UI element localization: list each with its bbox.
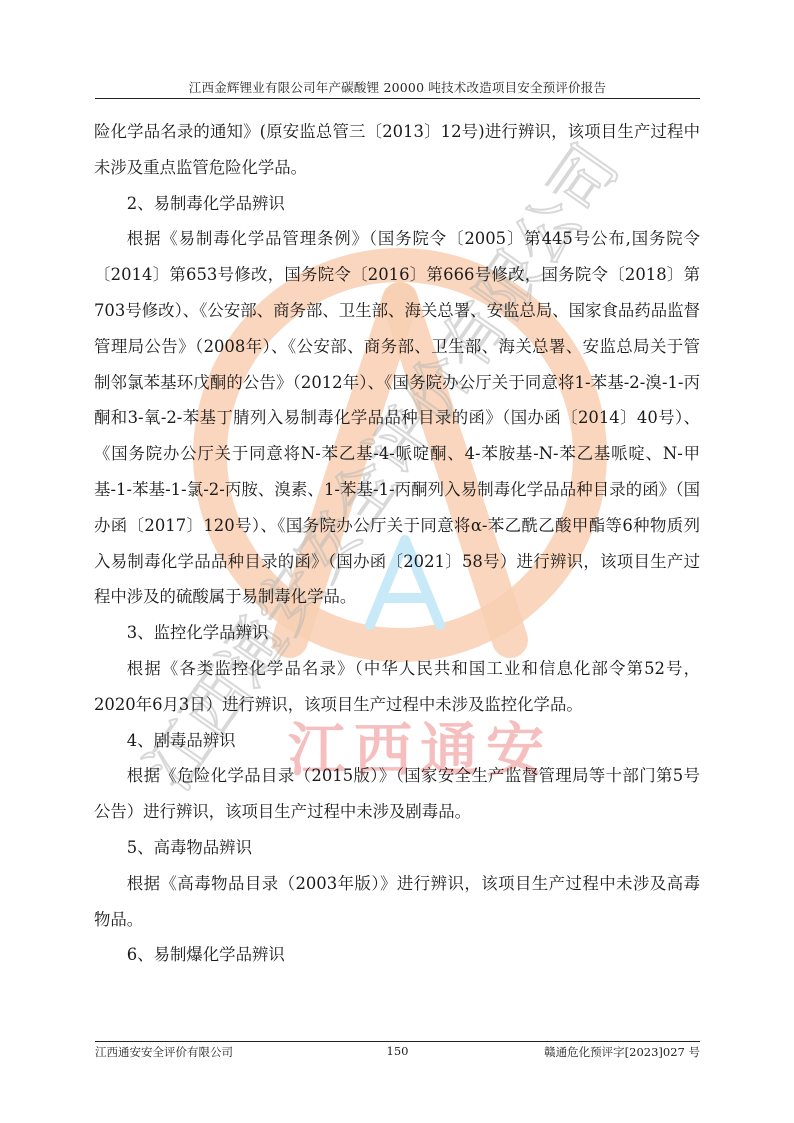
page-number: 150 — [298, 1044, 498, 1060]
page-footer: 江西通安安全评价有限公司 150 赣通危化预评字[2023]027 号 — [95, 1044, 700, 1060]
section-heading-highly-toxic: 4、剧毒品辨识 — [94, 723, 700, 759]
paragraph-continuation: 险化学品名录的通知》(原安监总管三〔2013〕12号)进行辨识，该项目生产过程中… — [94, 114, 700, 186]
page-header-title: 江西金辉锂业有限公司年产碳酸锂 20000 吨技术改造项目安全预评价报告 — [95, 78, 700, 96]
paragraph-highly-toxic: 根据《危险化学品目录（2015版）》（国家安全生产监督管理局等十部门第5号公告）… — [94, 758, 700, 830]
footer-divider — [95, 1041, 700, 1042]
footer-company: 江西通安安全评价有限公司 — [95, 1044, 295, 1060]
header-divider — [95, 98, 700, 99]
paragraph-monitored-chemicals: 根据《各类监控化学品名录》（中华人民共和国工业和信息化部令第52号，2020年6… — [94, 651, 700, 723]
section-heading-monitored-chemicals: 3、监控化学品辨识 — [94, 615, 700, 651]
section-heading-precursor-chemicals: 2、易制毒化学品辨识 — [94, 186, 700, 222]
section-heading-high-toxicity-items: 5、高毒物品辨识 — [94, 830, 700, 866]
footer-doc-number: 赣通危化预评字[2023]027 号 — [500, 1044, 700, 1060]
section-heading-explosive-precursors: 6、易制爆化学品辨识 — [94, 937, 700, 973]
document-body: 险化学品名录的通知》(原安监总管三〔2013〕12号)进行辨识，该项目生产过程中… — [94, 114, 700, 973]
paragraph-precursor-chemicals: 根据《易制毒化学品管理条例》（国务院令〔2005〕第445号公布,国务院令〔20… — [94, 221, 700, 615]
paragraph-high-toxicity-items: 根据《高毒物品目录（2003年版）》进行辨识，该项目生产过程中未涉及高毒物品。 — [94, 866, 700, 938]
